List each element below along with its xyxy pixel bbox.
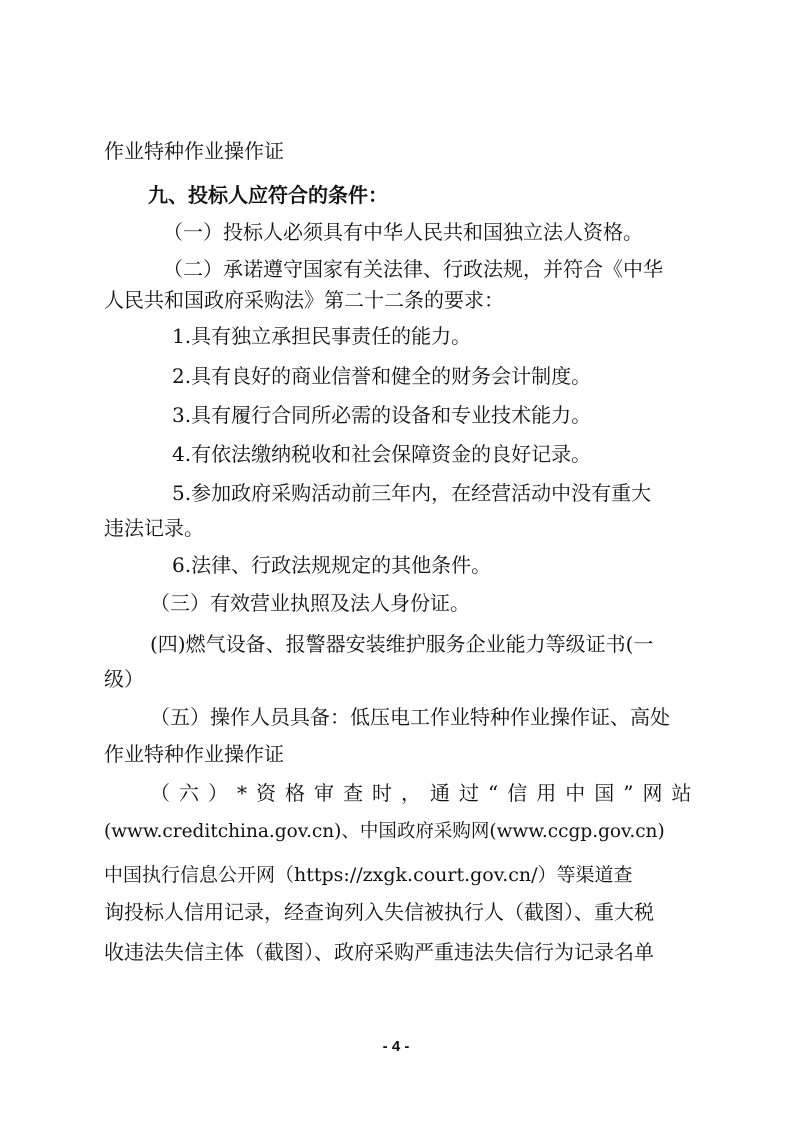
requirement-6: 6.法律、行政法规规定的其他条件。 [172, 553, 491, 577]
condition-item-2-cont: 人民共和国政府采购法》第二十二条的要求： [104, 288, 504, 312]
condition-item-5-cont: 作业特种作业操作证 [104, 742, 284, 766]
text-line-continuation: 作业特种作业操作证 [104, 139, 284, 163]
condition-item-2: （二）承诺遵守国家有关法律、行政法规，并符合《中华 [163, 257, 663, 281]
credit-websites-line: (www.creditchina.gov.cn)、中国政府采购网(www.ccg… [104, 820, 665, 844]
requirement-2: 2.具有良好的商业信誉和健全的财务会计制度。 [172, 364, 591, 388]
requirement-5: 5.参加政府采购活动前三年内，在经营活动中没有重大 [172, 481, 651, 505]
requirement-3: 3.具有履行合同所必需的设备和专业技术能力。 [172, 403, 591, 427]
condition-item-5: （五）操作人员具备：低压电工作业特种作业操作证、高处 [150, 705, 670, 729]
condition-item-1: （一）投标人必须具有中华人民共和国独立法人资格。 [163, 220, 643, 244]
condition-item-4: (四)燃气设备、报警器安装维护服务企业能力等级证书(一 [150, 632, 653, 656]
requirement-1: 1.具有独立承担民事责任的能力。 [172, 324, 471, 348]
credit-query-line: 询投标人信用记录，经查询列入失信被执行人（截图）、重大税 [104, 900, 654, 924]
violation-list-line: 收违法失信主体（截图）、政府采购严重违法失信行为记录名单 [104, 940, 654, 964]
page-number: - 4 - [0, 1038, 792, 1055]
section-heading-nine: 九、投标人应符合的条件： [148, 183, 388, 207]
requirement-4: 4.有依法缴纳税收和社会保障资金的良好记录。 [172, 442, 591, 466]
condition-item-3: （三）有效营业执照及法人身份证。 [150, 591, 470, 615]
document-page: 作业特种作业操作证 九、投标人应符合的条件： （一）投标人必须具有中华人民共和国… [0, 0, 792, 1121]
requirement-5-cont: 违法记录。 [104, 516, 204, 540]
execution-info-line: 中国执行信息公开网（https://zxgk.court.gov.cn/）等渠道… [104, 863, 633, 887]
condition-item-4-cont: 级） [104, 667, 144, 691]
condition-item-6: （六）*资格审查时，通过“信用中国”网站 [150, 781, 700, 805]
